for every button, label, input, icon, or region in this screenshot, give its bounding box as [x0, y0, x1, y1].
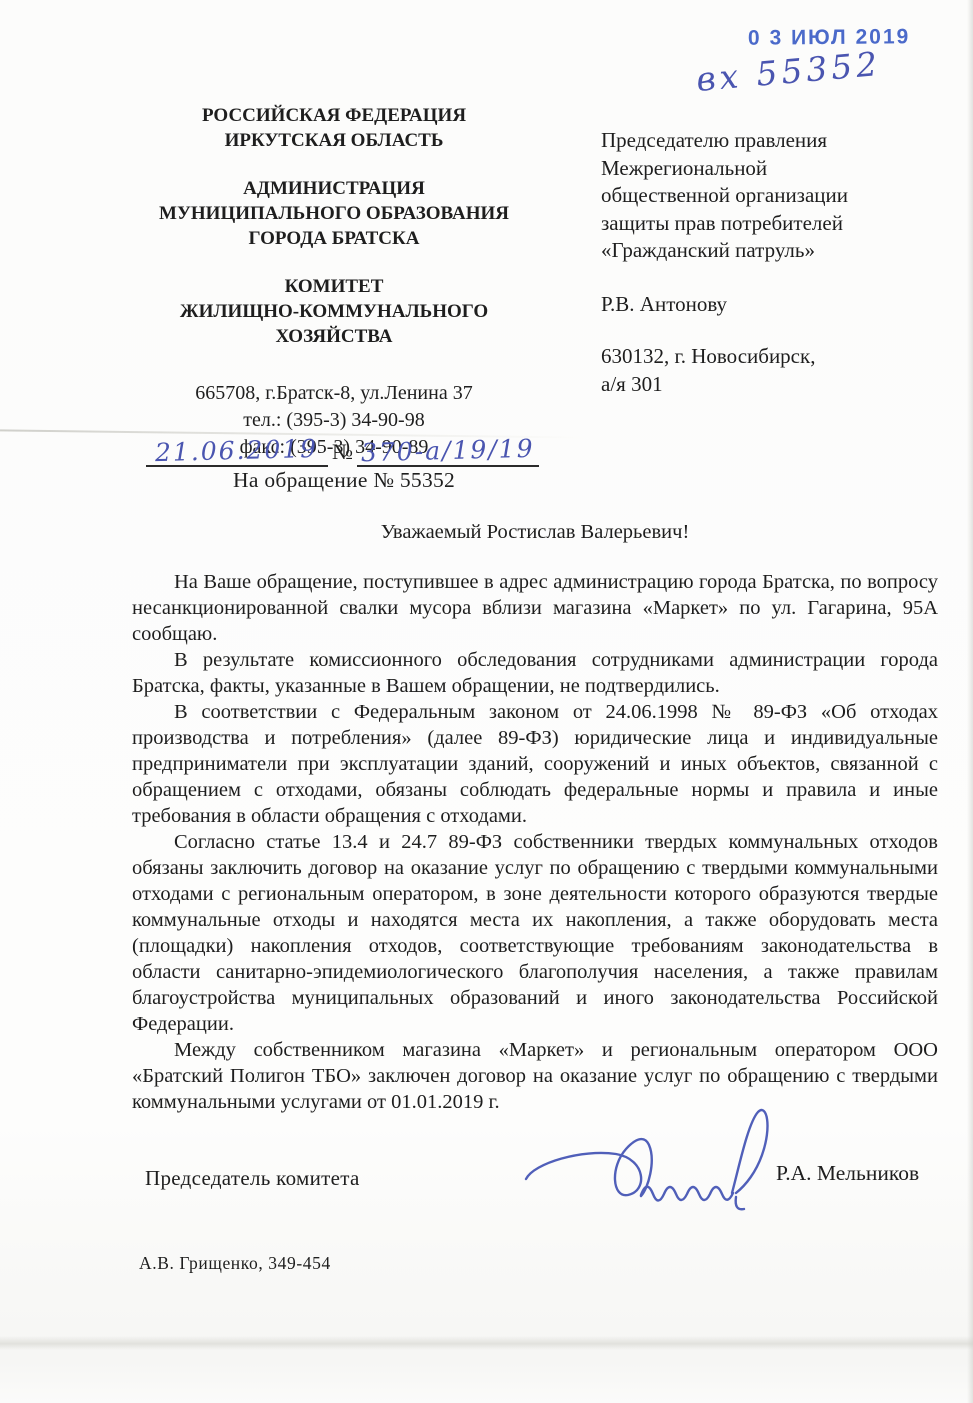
- body-paragraph: В соответствии с Федеральным законом от …: [132, 699, 938, 829]
- letterhead-administration-line: АДМИНИСТРАЦИЯ: [128, 176, 540, 201]
- recipient-org-line: общественной организации: [601, 182, 971, 210]
- salutation: Уважаемый Ростислав Валерьевич!: [132, 519, 938, 545]
- outgoing-reference-line: 21.06.2019№370-а/19/19: [146, 436, 558, 467]
- incoming-date-stamp: 0 3 ИЮЛ 2019: [748, 25, 910, 50]
- letterhead-administration-line: МУНИЦИПАЛЬНОГО ОБРАЗОВАНИЯ: [128, 201, 540, 226]
- body-paragraph: В результате комиссионного обследования …: [132, 647, 938, 699]
- signer-name: Р.А. Мельников: [776, 1161, 919, 1186]
- letterhead-postal-address: 665708, г.Братск-8, ул.Ленина 37: [128, 380, 540, 407]
- letterhead-country-block: РОССИЙСКАЯ ФЕДЕРАЦИЯ ИРКУТСКАЯ ОБЛАСТЬ: [128, 103, 540, 153]
- handwritten-outgoing-date: 21.06.2019: [155, 434, 319, 467]
- letterhead-committee-line: ХОЗЯЙСТВА: [128, 324, 540, 349]
- recipient-name: Р.В. Антонову: [601, 291, 971, 319]
- recipient-org-line: защиты прав потребителей: [601, 210, 971, 238]
- letterhead-region: ИРКУТСКАЯ ОБЛАСТЬ: [128, 128, 540, 153]
- letterhead-committee-block: КОМИТЕТ ЖИЛИЩНО-КОММУНАЛЬНОГО ХОЗЯЙСТВА: [128, 274, 540, 349]
- letterhead-committee-line: ЖИЛИЩНО-КОММУНАЛЬНОГО: [128, 299, 540, 324]
- letter-body: Уважаемый Ростислав Валерьевич! На Ваше …: [132, 519, 938, 1115]
- body-paragraph: Согласно статье 13.4 и 24.7 89-ФЗ собств…: [132, 829, 938, 1037]
- recipient-org-line: Председателю правления: [601, 127, 971, 155]
- outgoing-number-field: 370-а/19/19: [357, 436, 539, 467]
- signer-title: Председатель комитета: [145, 1166, 360, 1191]
- handwritten-outgoing-number: 370-а/19/19: [361, 434, 535, 468]
- signature-scribble: [520, 1105, 792, 1223]
- number-sign: №: [328, 439, 357, 464]
- recipient-org-line: «Гражданский патруль»: [601, 237, 971, 265]
- sender-letterhead: РОССИЙСКАЯ ФЕДЕРАЦИЯ ИРКУТСКАЯ ОБЛАСТЬ А…: [128, 103, 540, 461]
- recipient-address-line: а/я 301: [601, 371, 971, 399]
- body-paragraph: На Ваше обращение, поступившее в адрес а…: [132, 569, 938, 647]
- recipient-address-line: 630132, г. Новосибирск,: [601, 343, 971, 371]
- handwritten-incoming-number: вх 55352: [695, 44, 883, 99]
- response-to-appeal-line: На обращение № 55352: [233, 468, 455, 493]
- letterhead-committee-line: КОМИТЕТ: [128, 274, 540, 299]
- recipient-address-block: 630132, г. Новосибирск, а/я 301: [601, 343, 971, 398]
- recipient-org-line: Межрегиональной: [601, 155, 971, 183]
- executor-contact: А.В. Грищенко, 349-454: [139, 1253, 331, 1274]
- scanner-shadow: [0, 1336, 973, 1350]
- recipient-block: Председателю правления Межрегиональной о…: [601, 127, 971, 398]
- body-paragraph: Между собственником магазина «Маркет» и …: [132, 1037, 938, 1115]
- scanned-letter-page: 0 3 ИЮЛ 2019 вх 55352 РОССИЙСКАЯ ФЕДЕРАЦ…: [0, 0, 973, 1403]
- letterhead-administration-line: ГОРОДА БРАТСКА: [128, 226, 540, 251]
- letterhead-phone: тел.: (395-3) 34-90-98: [128, 407, 540, 434]
- letterhead-administration-block: АДМИНИСТРАЦИЯ МУНИЦИПАЛЬНОГО ОБРАЗОВАНИЯ…: [128, 176, 540, 251]
- letterhead-federation: РОССИЙСКАЯ ФЕДЕРАЦИЯ: [128, 103, 540, 128]
- outgoing-date-field: 21.06.2019: [146, 436, 328, 467]
